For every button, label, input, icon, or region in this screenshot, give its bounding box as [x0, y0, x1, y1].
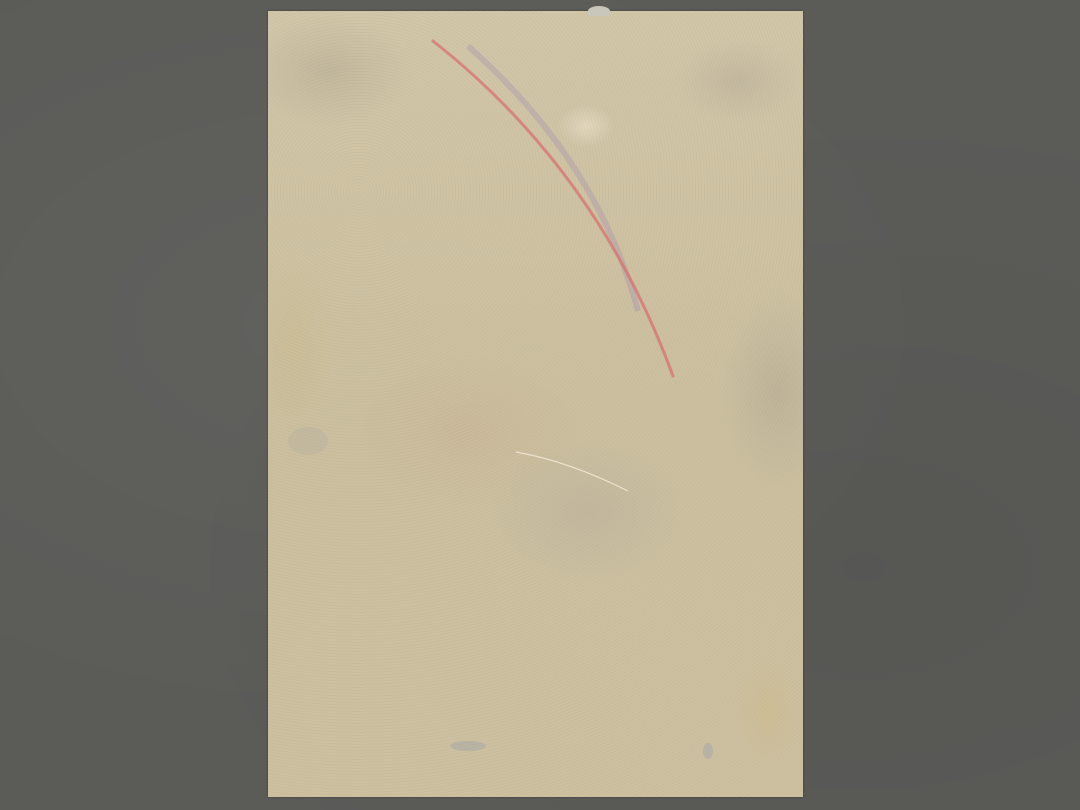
paper-marks — [268, 11, 803, 797]
crease-line — [516, 452, 628, 491]
purple-arc — [468, 46, 638, 311]
red-arc — [433, 41, 673, 376]
ink-smudge — [288, 427, 328, 455]
ink-smudge — [450, 741, 486, 751]
ink-smudge — [703, 743, 713, 759]
